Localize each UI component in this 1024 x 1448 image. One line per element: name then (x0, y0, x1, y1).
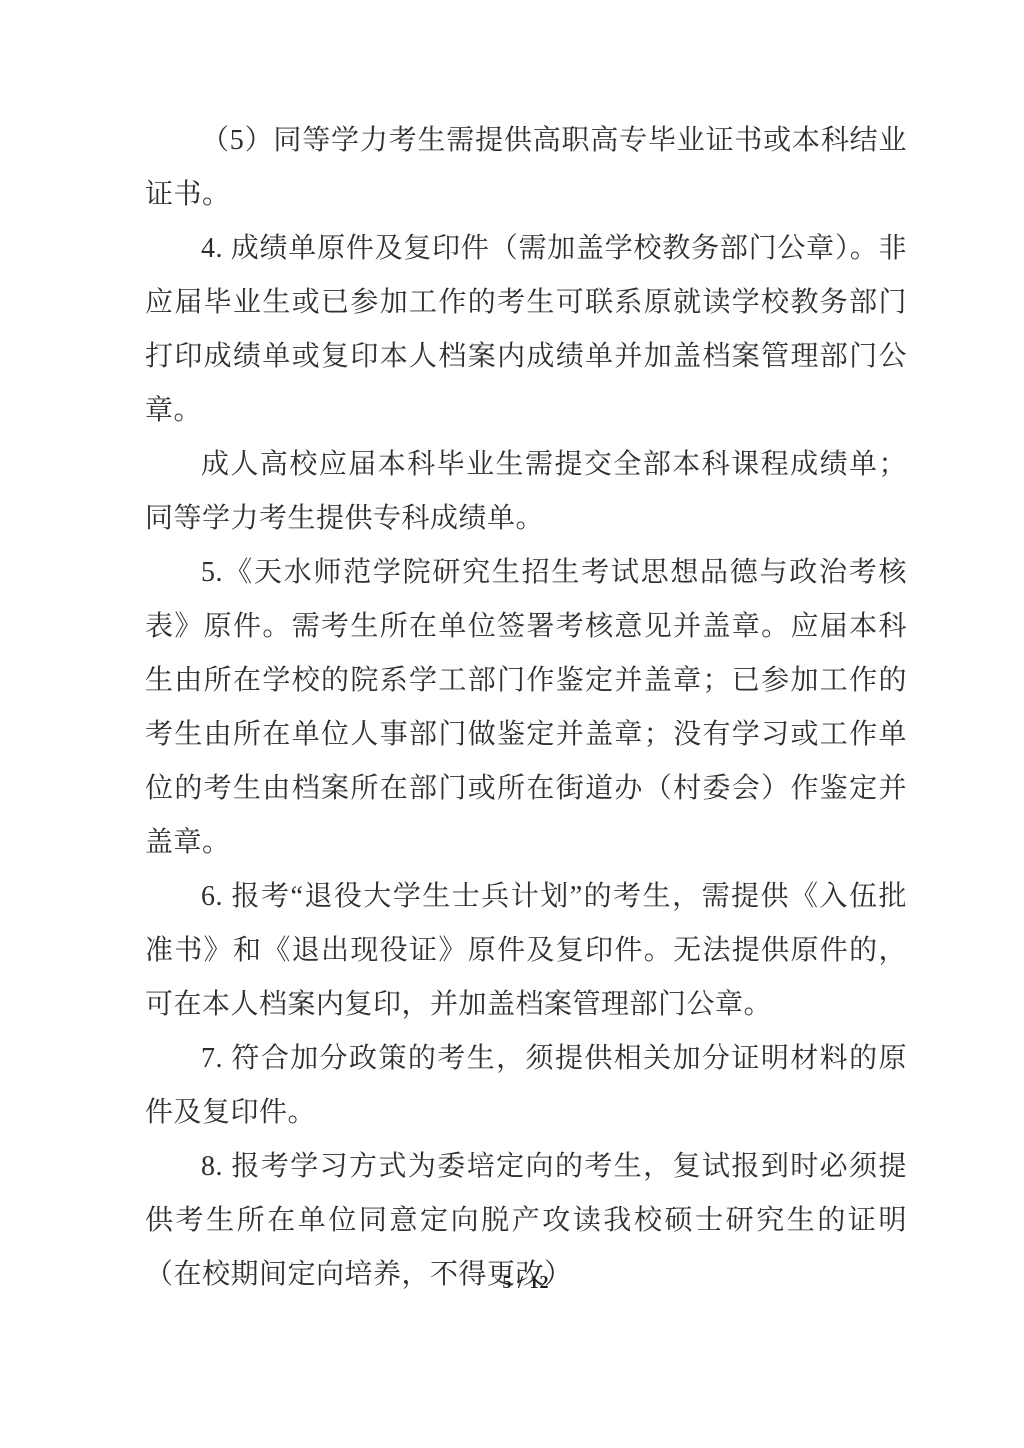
paragraph-item-5-assessment: 5.《天水师范学院研究生招生考试思想品德与政治考核表》原件。需考生所在单位签署考… (145, 546, 907, 870)
paragraph-item-6: 6. 报考“退役大学生士兵计划”的考生，需提供《入伍批准书》和《退出现役证》原件… (145, 870, 907, 1032)
paragraph-adult-college: 成人高校应届本科毕业生需提交全部本科课程成绩单；同等学力考生提供专科成绩单。 (145, 438, 907, 546)
paragraph-item-4: 4. 成绩单原件及复印件（需加盖学校教务部门公章）。非应届毕业生或已参加工作的考… (145, 222, 907, 438)
document-body: （5）同等学力考生需提供高职高专毕业证书或本科结业证书。 4. 成绩单原件及复印… (145, 114, 907, 1302)
paragraph-item-5: （5）同等学力考生需提供高职高专毕业证书或本科结业证书。 (145, 114, 907, 222)
paragraph-item-7: 7. 符合加分政策的考生，须提供相关加分证明材料的原件及复印件。 (145, 1032, 907, 1140)
page-number: 5 / 12 (145, 1272, 907, 1293)
document-page: （5）同等学力考生需提供高职高专毕业证书或本科结业证书。 4. 成绩单原件及复印… (0, 0, 1024, 1448)
